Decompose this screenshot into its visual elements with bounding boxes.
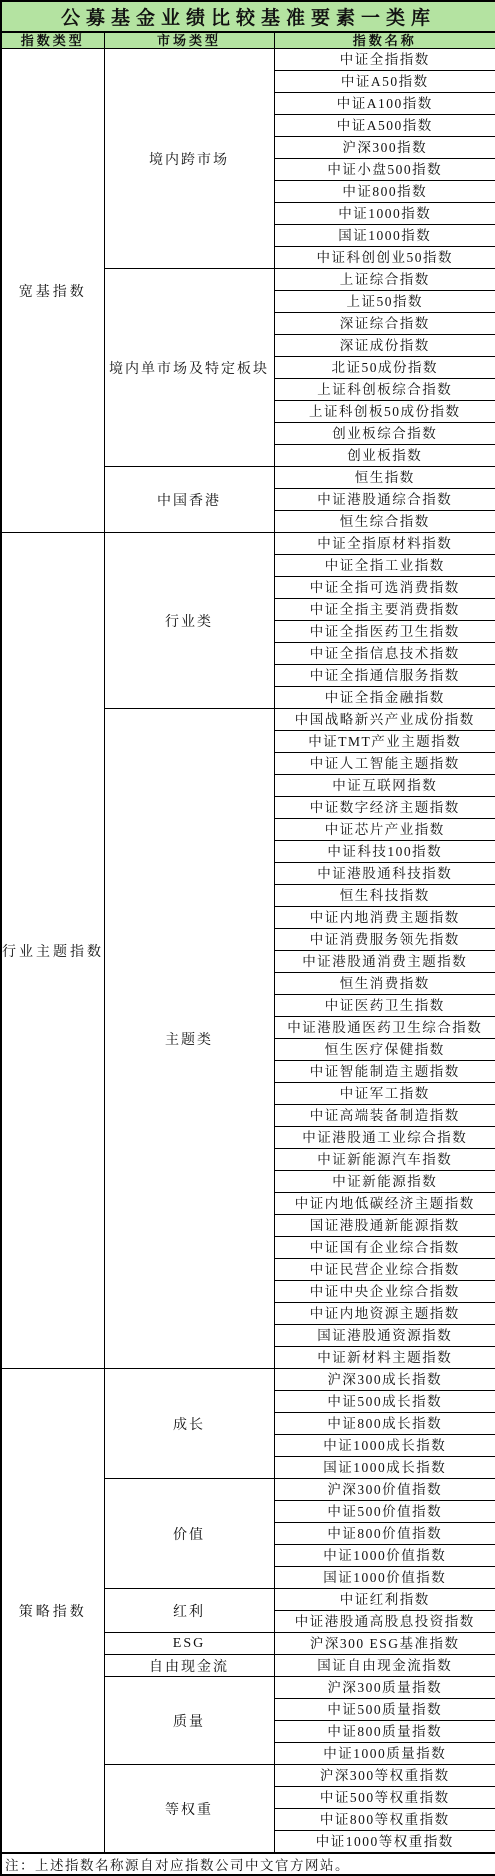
index-name-cell: 中证1000价值指数 — [274, 1545, 495, 1567]
index-name-cell: 国证港股通资源指数 — [274, 1325, 495, 1347]
index-name-cell: 中证800质量指数 — [274, 1721, 495, 1743]
index-name-cell: 中证800等权重指数 — [274, 1809, 495, 1831]
index-name-cell: 中证人工智能主题指数 — [274, 753, 495, 775]
index-name-cell: 沪深300质量指数 — [274, 1677, 495, 1699]
index-name-cell: 中证500质量指数 — [274, 1699, 495, 1721]
market-type-cell: 境内单市场及特定板块 — [104, 269, 274, 467]
index-name-cell: 中证国有企业综合指数 — [274, 1237, 495, 1259]
index-name-cell: 沪深300指数 — [274, 137, 495, 159]
index-name-cell: 中证高端装备制造指数 — [274, 1105, 495, 1127]
index-name-cell: 中证TMT产业主题指数 — [274, 731, 495, 753]
index-name-cell: 中证科技100指数 — [274, 841, 495, 863]
index-name-cell: 创业板指数 — [274, 445, 495, 467]
index-name-cell: 沪深300等权重指数 — [274, 1765, 495, 1787]
index-name-cell: 中证港股通医药卫生综合指数 — [274, 1017, 495, 1039]
index-name-cell: 中证1000等权重指数 — [274, 1831, 495, 1854]
index-name-cell: 中国战略新兴产业成份指数 — [274, 709, 495, 731]
market-type-cell: 质量 — [104, 1677, 274, 1765]
index-name-cell: 中证民营企业综合指数 — [274, 1259, 495, 1281]
index-name-cell: 中证全指通信服务指数 — [274, 665, 495, 687]
index-name-cell: 中证A500指数 — [274, 115, 495, 137]
footer-note: 注：上述指数名称源自对应指数公司中文官方网站。 — [1, 1853, 495, 1875]
index-name-cell: 中证全指指数 — [274, 49, 495, 71]
index-name-cell: 恒生综合指数 — [274, 511, 495, 533]
market-type-cell: 主题类 — [104, 709, 274, 1369]
index-name-cell: 国证1000指数 — [274, 225, 495, 247]
index-name-cell: 中证1000质量指数 — [274, 1743, 495, 1765]
index-name-cell: 中证港股通科技指数 — [274, 863, 495, 885]
index-name-cell: 中证消费服务领先指数 — [274, 929, 495, 951]
index-name-cell: 中证A50指数 — [274, 71, 495, 93]
market-type-cell: 等权重 — [104, 1765, 274, 1854]
index-name-cell: 沪深300成长指数 — [274, 1369, 495, 1391]
index-name-cell: 恒生科技指数 — [274, 885, 495, 907]
index-name-cell: 国证1000价值指数 — [274, 1567, 495, 1589]
index-name-cell: 中证军工指数 — [274, 1083, 495, 1105]
index-name-cell: 上证综合指数 — [274, 269, 495, 291]
index-name-cell: 沪深300价值指数 — [274, 1479, 495, 1501]
index-name-cell: 中证800指数 — [274, 181, 495, 203]
index-name-cell: 中证数字经济主题指数 — [274, 797, 495, 819]
index-name-cell: 中证1000成长指数 — [274, 1435, 495, 1457]
index-type-cell: 行业主题指数 — [1, 533, 104, 1369]
index-name-cell: 中证港股通高股息投资指数 — [274, 1611, 495, 1633]
title-row: 公募基金业绩比较基准要素一类库 — [1, 1, 495, 32]
index-name-cell: 中证全指信息技术指数 — [274, 643, 495, 665]
index-name-cell: 中证全指金融指数 — [274, 687, 495, 709]
table-row: 策略指数成长沪深300成长指数 — [1, 1369, 495, 1391]
index-name-cell: 中证港股通消费主题指数 — [274, 951, 495, 973]
benchmark-table-body: 宽基指数境内跨市场中证全指指数中证A50指数中证A100指数中证A500指数沪深… — [1, 49, 495, 1854]
column-header-market-type: 市场类型 — [104, 32, 274, 49]
market-type-cell: 境内跨市场 — [104, 49, 274, 269]
market-type-cell: 成长 — [104, 1369, 274, 1479]
index-name-cell: 上证50指数 — [274, 291, 495, 313]
index-name-cell: 中证芯片产业指数 — [274, 819, 495, 841]
index-name-cell: 中证小盘500指数 — [274, 159, 495, 181]
index-name-cell: 中证科创创业50指数 — [274, 247, 495, 269]
index-name-cell: 中证内地资源主题指数 — [274, 1303, 495, 1325]
market-type-cell: ESG — [104, 1633, 274, 1655]
market-type-cell: 价值 — [104, 1479, 274, 1589]
page-title: 公募基金业绩比较基准要素一类库 — [1, 1, 495, 32]
index-name-cell: 沪深300 ESG基准指数 — [274, 1633, 495, 1655]
index-name-cell: 中证新材料主题指数 — [274, 1347, 495, 1369]
index-type-cell: 宽基指数 — [1, 49, 104, 533]
index-name-cell: 中证中央企业综合指数 — [274, 1281, 495, 1303]
index-name-cell: 中证医药卫生指数 — [274, 995, 495, 1017]
benchmark-table: 公募基金业绩比较基准要素一类库 指数类型 市场类型 指数名称 宽基指数境内跨市场… — [0, 0, 495, 1876]
index-name-cell: 中证500等权重指数 — [274, 1787, 495, 1809]
index-name-cell: 中证1000指数 — [274, 203, 495, 225]
market-type-cell: 中国香港 — [104, 467, 274, 533]
index-name-cell: 中证全指工业指数 — [274, 555, 495, 577]
index-name-cell: 中证互联网指数 — [274, 775, 495, 797]
index-name-cell: 国证1000成长指数 — [274, 1457, 495, 1479]
index-name-cell: 中证全指可选消费指数 — [274, 577, 495, 599]
index-name-cell: 中证500成长指数 — [274, 1391, 495, 1413]
market-type-cell: 红利 — [104, 1589, 274, 1633]
index-name-cell: 中证800成长指数 — [274, 1413, 495, 1435]
index-name-cell: 恒生医疗保健指数 — [274, 1039, 495, 1061]
index-name-cell: 中证全指主要消费指数 — [274, 599, 495, 621]
index-name-cell: 深证综合指数 — [274, 313, 495, 335]
footer-row: 注：上述指数名称源自对应指数公司中文官方网站。 — [1, 1853, 495, 1875]
index-name-cell: 北证50成份指数 — [274, 357, 495, 379]
index-name-cell: 中证全指医药卫生指数 — [274, 621, 495, 643]
index-name-cell: 中证800价值指数 — [274, 1523, 495, 1545]
index-name-cell: 中证新能源汽车指数 — [274, 1149, 495, 1171]
index-name-cell: 中证内地消费主题指数 — [274, 907, 495, 929]
index-name-cell: 中证内地低碳经济主题指数 — [274, 1193, 495, 1215]
column-header-index-name: 指数名称 — [274, 32, 495, 49]
table-row: 宽基指数境内跨市场中证全指指数 — [1, 49, 495, 71]
index-name-cell: 上证科创板综合指数 — [274, 379, 495, 401]
market-type-cell: 自由现金流 — [104, 1655, 274, 1677]
index-name-cell: 中证港股通工业综合指数 — [274, 1127, 495, 1149]
index-name-cell: 中证新能源指数 — [274, 1171, 495, 1193]
index-name-cell: 创业板综合指数 — [274, 423, 495, 445]
index-name-cell: 恒生指数 — [274, 467, 495, 489]
index-name-cell: 中证智能制造主题指数 — [274, 1061, 495, 1083]
index-name-cell: 上证科创板50成份指数 — [274, 401, 495, 423]
index-name-cell: 恒生消费指数 — [274, 973, 495, 995]
index-type-cell: 策略指数 — [1, 1369, 104, 1854]
index-name-cell: 中证全指原材料指数 — [274, 533, 495, 555]
market-type-cell: 行业类 — [104, 533, 274, 709]
index-name-cell: 中证500价值指数 — [274, 1501, 495, 1523]
index-name-cell: 国证自由现金流指数 — [274, 1655, 495, 1677]
benchmark-library-sheet: 公募基金业绩比较基准要素一类库 指数类型 市场类型 指数名称 宽基指数境内跨市场… — [0, 0, 495, 1876]
index-name-cell: 国证港股通新能源指数 — [274, 1215, 495, 1237]
column-header-index-type: 指数类型 — [1, 32, 104, 49]
index-name-cell: 深证成份指数 — [274, 335, 495, 357]
table-row: 行业主题指数行业类中证全指原材料指数 — [1, 533, 495, 555]
index-name-cell: 中证红利指数 — [274, 1589, 495, 1611]
header-row: 指数类型 市场类型 指数名称 — [1, 32, 495, 49]
index-name-cell: 中证港股通综合指数 — [274, 489, 495, 511]
index-name-cell: 中证A100指数 — [274, 93, 495, 115]
